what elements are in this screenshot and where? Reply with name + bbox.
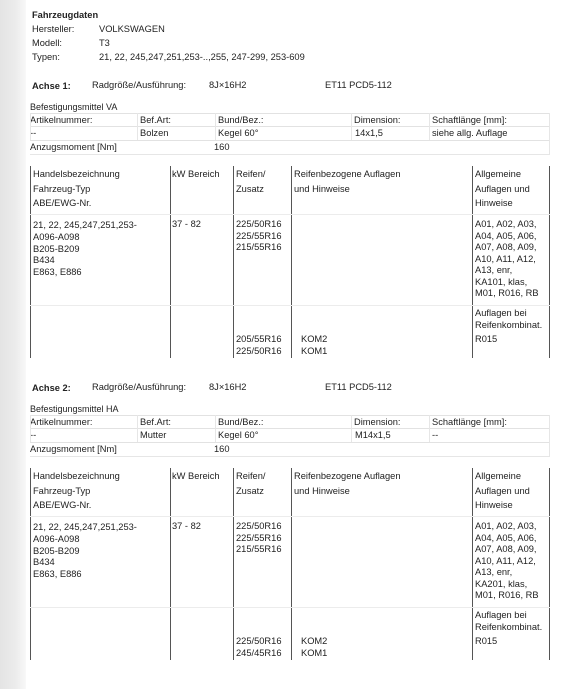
designation-cell: 21, 22, 245,247,251,253- A096-A098 B205-… (33, 521, 137, 580)
fastener-type-header: Bef.Art: (140, 115, 171, 125)
column-divider (549, 468, 550, 660)
header-line: Allgemeine (475, 167, 530, 182)
header-line: Zusatz (236, 182, 265, 197)
fastener-shaft-header: Schaftlänge [mm]: (432, 417, 507, 427)
designation-line: 21, 22, 245,247,251,253- (33, 521, 137, 534)
header-line: Allgemeine (475, 469, 530, 484)
note-line: A10, A11, A12, (475, 556, 539, 568)
header-tyres: Reifen/ Zusatz (236, 469, 265, 498)
torque-row: Anzugsmoment [Nm] 160 (30, 140, 550, 155)
fastener-shaft-header: Schaftlänge [mm]: (432, 115, 507, 125)
fastener-divider (351, 415, 352, 442)
kw-cell: 37 - 82 (172, 521, 201, 533)
fastener-collar-header: Bund/Bez.: (218, 115, 263, 125)
fastener-header-row: Artikelnummer: Bef.Art: Bund/Bez.: Dimen… (30, 113, 550, 127)
fastener-divider (30, 113, 31, 140)
fastener-collar-header: Bund/Bez.: (218, 417, 263, 427)
tyre-size: 225/55R16 (236, 533, 282, 545)
designation-line: A096-A098 (33, 534, 137, 546)
torque-label: Anzugsmoment [Nm] (30, 444, 117, 454)
fastener-dimension-value: 14x1,5 (355, 128, 383, 138)
designation-line: A096-A098 (33, 232, 137, 244)
header-designation: Handelsbezeichnung Fahrzeug-Typ ABE/EWG-… (33, 469, 120, 513)
header-designation: Handelsbezeichnung Fahrzeug-Typ ABE/EWG-… (33, 167, 120, 211)
fastener-table: Artikelnummer: Bef.Art: Bund/Bez.: Dimen… (30, 415, 550, 455)
note-line: A07, A08, A09, (475, 242, 539, 254)
designation-line: B205-B209 (33, 546, 137, 558)
fastener-value-row: -- Bolzen Kegel 60° 14x1,5 siehe allg. A… (30, 126, 550, 140)
note-line: A01, A02, A03, (475, 219, 539, 231)
fastener-title: Befestigungsmittel VA (30, 102, 117, 112)
fastener-divider (351, 113, 352, 140)
approval-table: Handelsbezeichnung Fahrzeug-Typ ABE/EWG-… (30, 468, 550, 660)
header-line: Reifenbezogene Auflagen (294, 469, 401, 484)
wheel-size-label: Radgröße/Ausführung: (92, 80, 186, 90)
column-divider (30, 468, 31, 660)
torque-label: Anzugsmoment [Nm] (30, 142, 117, 152)
combo-title-line: Auflagen bei (475, 610, 542, 622)
combo-general-cell: Auflagen bei Reifenkombinat. R015 (475, 610, 542, 648)
note-line: A01, A02, A03, (475, 521, 539, 533)
note-line: A07, A08, A09, (475, 544, 539, 556)
header-line: Fahrzeug-Typ (33, 182, 120, 197)
designation-cell: 21, 22, 245,247,251,253- A096-A098 B205-… (33, 219, 137, 278)
fastener-type-value: Bolzen (140, 128, 168, 138)
fastener-type-value: Mutter (140, 430, 166, 440)
fastener-divider (549, 415, 550, 456)
fastener-article-header: Artikelnummer: (30, 417, 93, 427)
fastener-header-row: Artikelnummer: Bef.Art: Bund/Bez.: Dimen… (30, 415, 550, 429)
tyre-size: 225/50R16 (236, 521, 282, 533)
combo-code: KOM2 (301, 636, 327, 648)
combo-title-line: Reifenkombinat. (475, 622, 542, 634)
kw-cell: 37 - 82 (172, 219, 201, 231)
general-notes-cell: A01, A02, A03, A04, A05, A06, A07, A08, … (475, 521, 539, 602)
header-general-notes: Allgemeine Auflagen und Hinweise (475, 469, 530, 513)
wheel-spec-value: ET11 PCD5-112 (325, 382, 392, 392)
note-line: KA201, klas, (475, 579, 539, 591)
designation-line: B434 (33, 557, 137, 569)
wheel-size-value: 8J×16H2 (209, 382, 246, 392)
header-line: Auflagen und (475, 182, 530, 197)
fastener-shaft-value: siehe allg. Auflage (432, 128, 507, 138)
fastener-divider (549, 113, 550, 154)
torque-row: Anzugsmoment [Nm] 160 (30, 442, 550, 457)
header-line: Reifen/ (236, 167, 265, 182)
fastener-shaft-value: -- (432, 430, 438, 440)
row-divider (30, 516, 550, 517)
header-line: Fahrzeug-Typ (33, 484, 120, 499)
fastener-divider (137, 113, 138, 140)
note-line: A04, A05, A06, (475, 533, 539, 545)
header-tyre-notes: Reifenbezogene Auflagen und Hinweise (294, 469, 401, 498)
fastener-collar-value: Kegel 60° (218, 128, 258, 138)
fastener-article-header: Artikelnummer: (30, 115, 93, 125)
fastener-title: Befestigungsmittel HA (30, 404, 119, 414)
designation-line: 21, 22, 245,247,251,253- (33, 219, 137, 232)
tyre-size: 245/45R16 (236, 648, 282, 660)
header-line: Hinweise (475, 498, 530, 513)
wheel-size-value: 8J×16H2 (209, 80, 246, 90)
tyres-cell: 225/50R16 225/55R16 215/55R16 (236, 219, 282, 254)
tyre-size: 225/50R16 (236, 219, 282, 231)
combo-tyres-cell: 225/50R16 245/45R16 (236, 636, 282, 659)
fastener-dimension-value: M14x1,5 (355, 430, 391, 440)
header-line: Reifenbezogene Auflagen (294, 167, 401, 182)
header-tyres: Reifen/ Zusatz (236, 167, 265, 196)
fastener-type-header: Bef.Art: (140, 417, 171, 427)
tyre-size: 215/55R16 (236, 242, 282, 254)
designation-line: B434 (33, 255, 137, 267)
tyre-size: 225/50R16 (236, 636, 282, 648)
combo-notes-cell: KOM2 KOM1 (301, 636, 327, 659)
tyre-size: 215/55R16 (236, 544, 282, 556)
note-line: A10, A11, A12, (475, 254, 539, 266)
wheel-size-label: Radgröße/Ausführung: (92, 382, 186, 392)
note-line: M01, R016, RB (475, 288, 539, 300)
designation-line: E863, E886 (33, 569, 137, 581)
note-line: A13, enr, (475, 265, 539, 277)
fastener-collar-value: Kegel 60° (218, 430, 258, 440)
fastener-dimension-header: Dimension: (354, 115, 401, 125)
torque-value: 160 (214, 444, 230, 454)
header-line: und Hinweise (294, 484, 401, 499)
column-divider (170, 468, 171, 660)
combo-requirement-code: R015 (475, 636, 542, 648)
header-tyre-notes: Reifenbezogene Auflagen und Hinweise (294, 167, 401, 196)
row-divider (30, 607, 550, 608)
header-line: Zusatz (236, 484, 265, 499)
column-divider (291, 468, 292, 660)
header-kw: kW Bereich (172, 469, 220, 484)
fastener-divider (30, 415, 31, 442)
note-line: A13, enr, (475, 567, 539, 579)
header-line: Auflagen und (475, 484, 530, 499)
fastener-divider (429, 113, 430, 140)
header-line: ABE/EWG-Nr. (33, 498, 120, 513)
row-divider (30, 214, 550, 215)
fastener-divider (137, 415, 138, 442)
header-line: ABE/EWG-Nr. (33, 196, 120, 211)
fastener-dimension-header: Dimension: (354, 417, 401, 427)
column-divider (472, 468, 473, 660)
header-general-notes: Allgemeine Auflagen und Hinweise (475, 167, 530, 211)
column-divider (233, 468, 234, 660)
tyres-cell: 225/50R16 225/55R16 215/55R16 (236, 521, 282, 556)
fastener-divider (215, 415, 216, 442)
axle-2-section: Achse 2: Radgröße/Ausführung: 8J×16H2 ET… (0, 302, 579, 682)
note-line: A04, A05, A06, (475, 231, 539, 243)
designation-line: B205-B209 (33, 244, 137, 256)
fastener-divider (429, 415, 430, 442)
header-line: Handelsbezeichnung (33, 469, 120, 484)
fastener-divider (215, 113, 216, 140)
note-line: KA101, klas, (475, 277, 539, 289)
general-notes-cell: A01, A02, A03, A04, A05, A06, A07, A08, … (475, 219, 539, 300)
tyre-size: 225/55R16 (236, 231, 282, 243)
header-kw: kW Bereich (172, 167, 220, 182)
header-line: Reifen/ (236, 469, 265, 484)
axle-label: Achse 2: (32, 383, 71, 393)
header-line: Hinweise (475, 196, 530, 211)
wheel-spec-value: ET11 PCD5-112 (325, 80, 392, 90)
header-line: Handelsbezeichnung (33, 167, 120, 182)
torque-value: 160 (214, 142, 230, 152)
axle-label: Achse 1: (32, 81, 71, 91)
fastener-table: Artikelnummer: Bef.Art: Bund/Bez.: Dimen… (30, 113, 550, 153)
designation-line: E863, E886 (33, 267, 137, 279)
fastener-value-row: -- Mutter Kegel 60° M14x1,5 -- (30, 428, 550, 442)
combo-code: KOM1 (301, 648, 327, 660)
header-line: und Hinweise (294, 182, 401, 197)
note-line: M01, R016, RB (475, 590, 539, 602)
